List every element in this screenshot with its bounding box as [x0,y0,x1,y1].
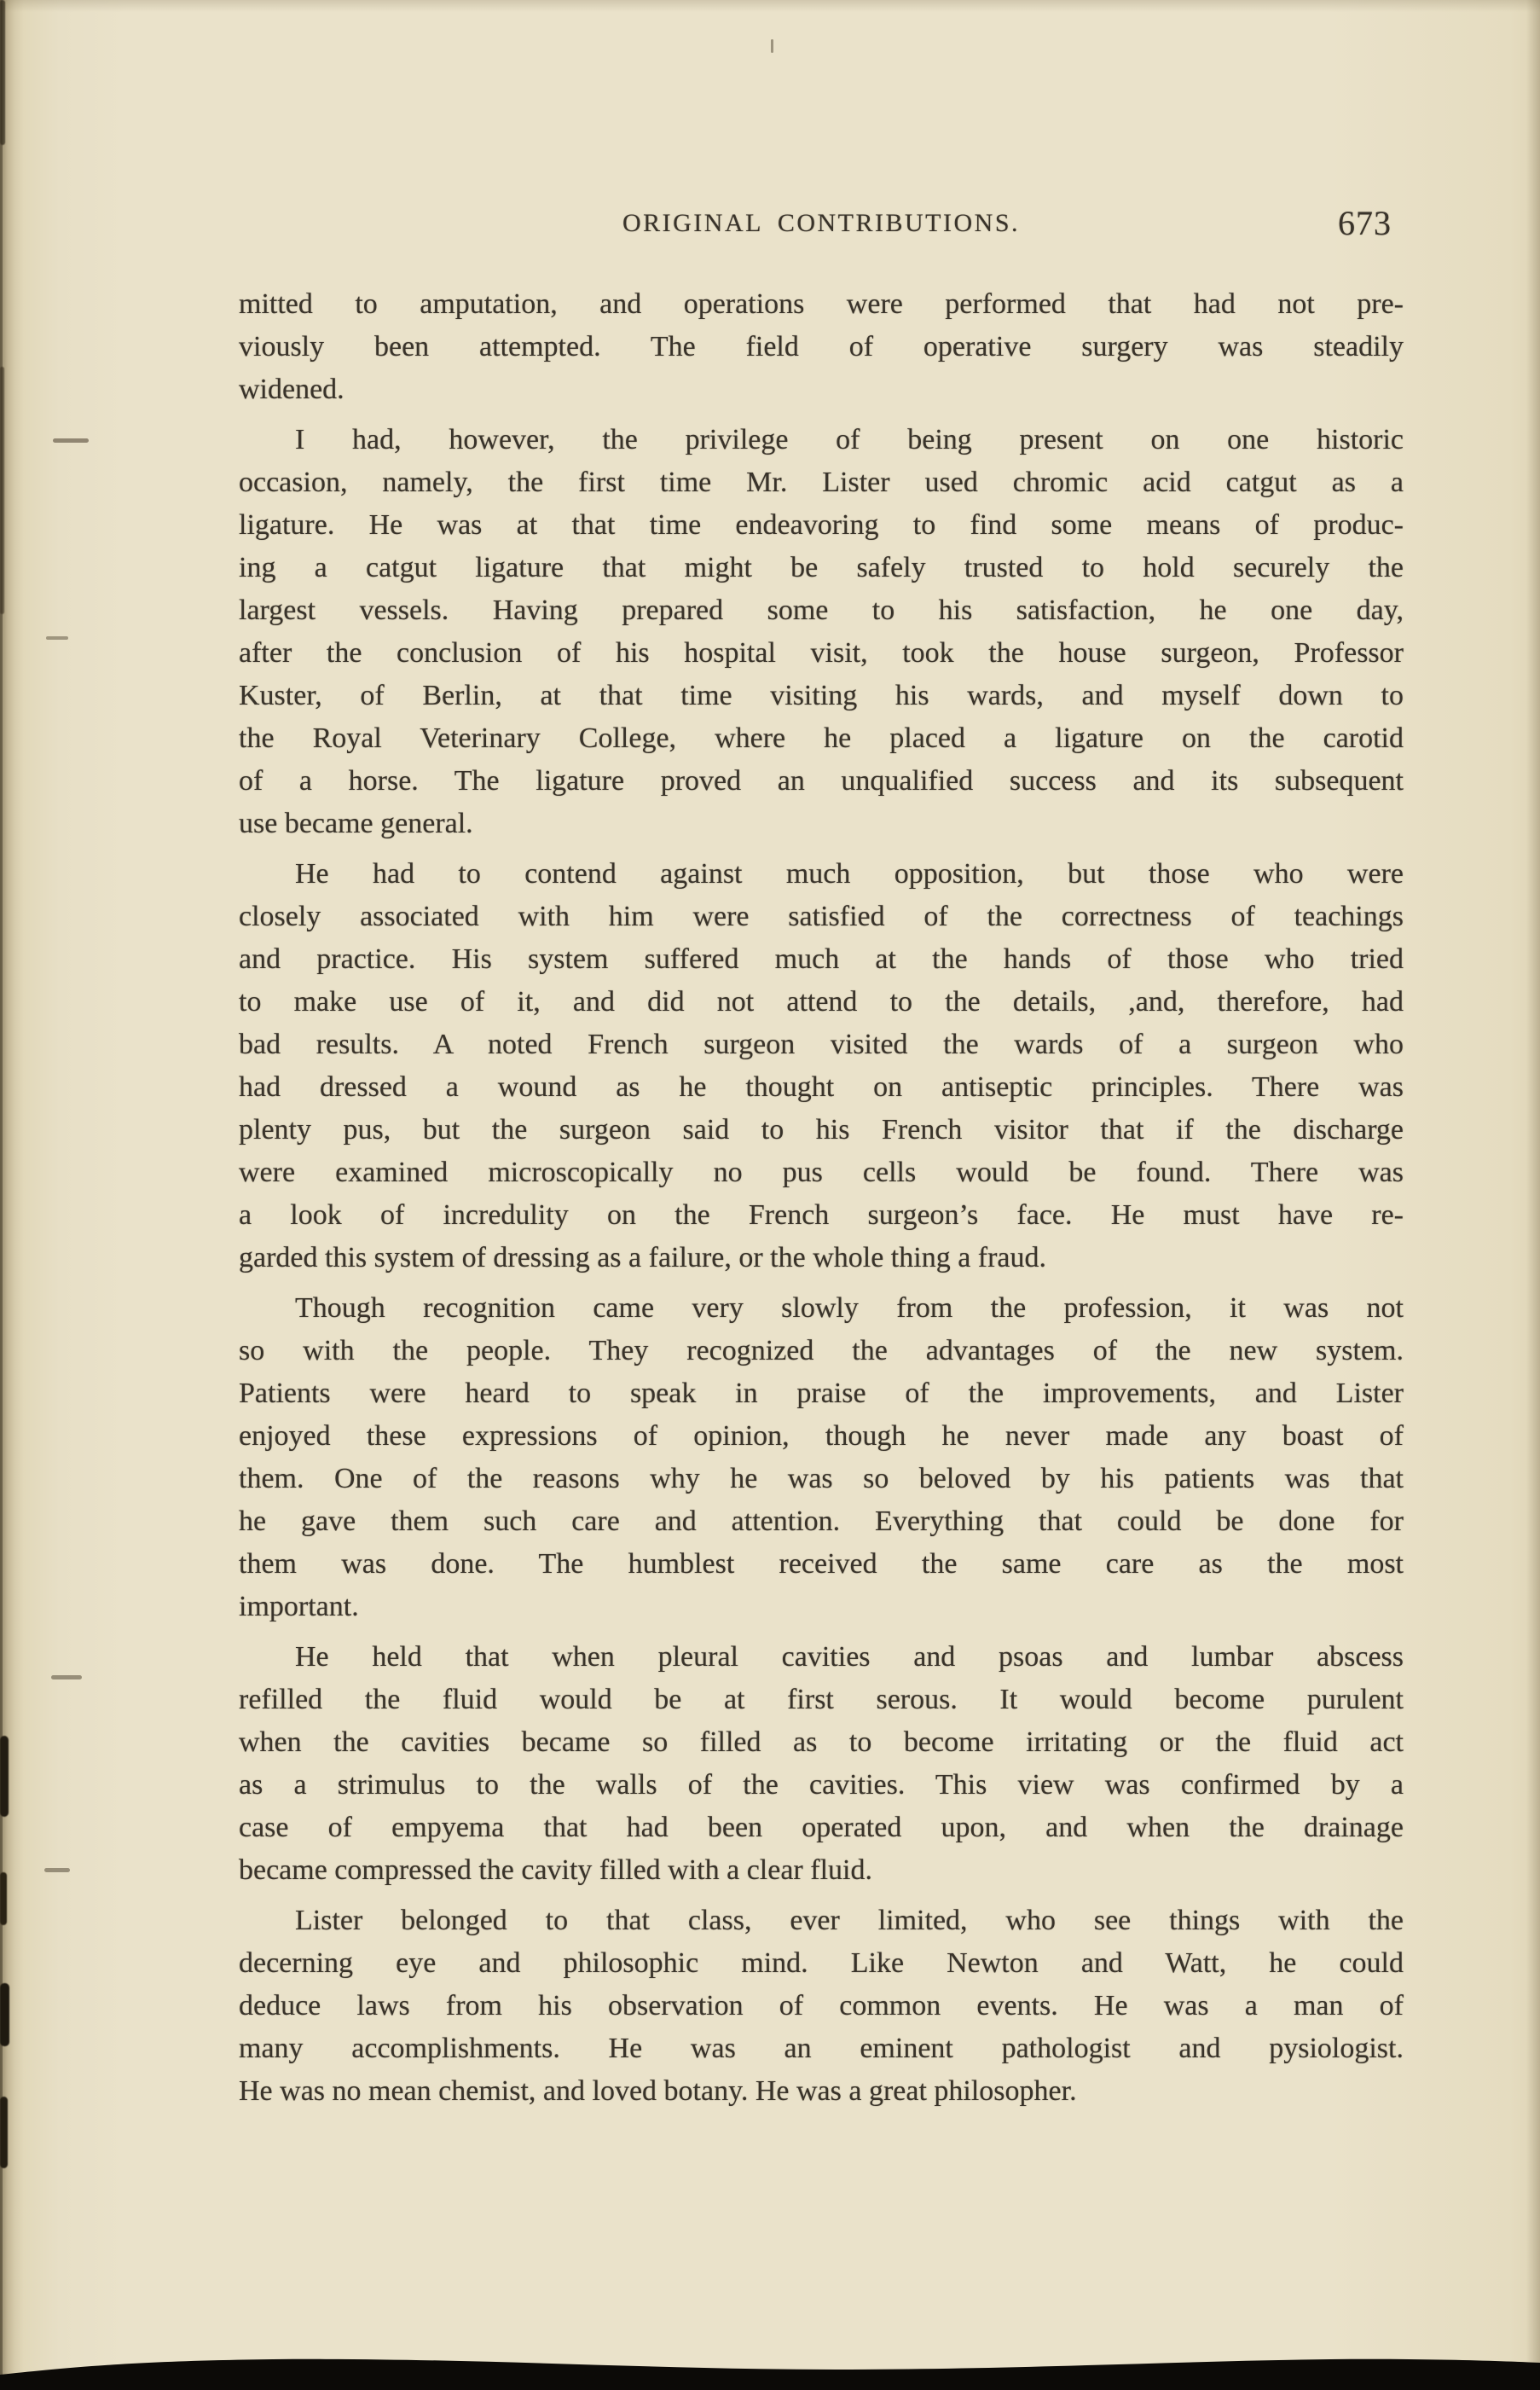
text-line: He held that when pleural cavities and p… [239,1636,1404,1679]
text-line: ing a catgut ligature that might be safe… [239,547,1404,589]
text-line: case of empyema that had been operated u… [239,1807,1404,1849]
paragraph: mitted to amputation, and operations wer… [239,283,1404,411]
text-line: he gave them such care and attention. Ev… [239,1500,1404,1543]
text-line: plenty pus, but the surgeon said to his … [239,1109,1404,1151]
scan-bottom-edge [0,2335,1540,2390]
text-line: a look of incredulity on the French surg… [239,1194,1404,1237]
scan-left-edge-line [0,0,3,2390]
text-line: so with the people. They recognized the … [239,1330,1404,1372]
text-line: He was no mean chemist, and loved botany… [239,2070,1404,2113]
page-number: 673 [1338,203,1392,244]
paper-scratch [53,438,89,443]
text-line: important. [239,1586,1404,1628]
text-line: bad results. A noted French surgeon visi… [239,1024,1404,1066]
text-line: ligature. He was at that time endeavorin… [239,504,1404,547]
scan-edge-blemish [0,1983,9,2046]
scan-edge-blemish [0,1872,7,1925]
text-line: closely associated with him were satisfi… [239,896,1404,938]
text-line: had dressed a wound as he thought on ant… [239,1066,1404,1109]
text-line: I had, however, the privilege of being p… [239,419,1404,461]
text-line: decerning eye and philosophic mind. Like… [239,1942,1404,1985]
scan-edge-blemish [0,1736,9,1817]
paragraph: Though recognition came very slowly from… [239,1287,1404,1628]
paragraph: He held that when pleural cavities and p… [239,1636,1404,1892]
text-line: Patients were heard to speak in praise o… [239,1372,1404,1415]
page-header: ORIGINAL CONTRIBUTIONS. 673 [239,203,1404,244]
paper-scratch [44,1868,70,1872]
book-page-scan: ORIGINAL CONTRIBUTIONS. 673 mitted to am… [0,0,1540,2390]
scan-left-edge-mark-top [0,0,5,145]
scan-edge-blemish [0,2097,8,2168]
text-line: largest vessels. Having prepared some to… [239,589,1404,632]
paper-scratch [51,1675,82,1679]
text-line: enjoyed these expressions of opinion, th… [239,1415,1404,1458]
paper-scratch [46,636,68,640]
text-line: many accomplishments. He was an eminent … [239,2027,1404,2070]
text-line: to make use of it, and did not attend to… [239,981,1404,1024]
text-line: viously been attempted. The field of ope… [239,326,1404,368]
text-line: of a horse. The ligature proved an unqua… [239,760,1404,803]
text-line: became compressed the cavity filled with… [239,1849,1404,1892]
text-line: occasion, namely, the first time Mr. Lis… [239,461,1404,504]
text-line: when the cavities became so filled as to… [239,1721,1404,1764]
paragraph: Lister belonged to that class, ever limi… [239,1900,1404,2113]
text-line: were examined microscopically no pus cel… [239,1151,1404,1194]
paragraph: I had, however, the privilege of being p… [239,419,1404,845]
paragraph: He had to contend against much oppositio… [239,853,1404,1279]
paper-speck [771,39,773,53]
text-line: widened. [239,368,1404,411]
text-line: deduce laws from his observation of comm… [239,1985,1404,2027]
text-line: and practice. His system suffered much a… [239,938,1404,981]
text-line: mitted to amputation, and operations wer… [239,283,1404,326]
text-line: Kuster, of Berlin, at that time visiting… [239,675,1404,717]
page-right-edge-shade [1526,0,1540,2390]
text-line: garded this system of dressing as a fail… [239,1237,1404,1279]
text-line: refilled the fluid would be at first ser… [239,1679,1404,1721]
text-line: Though recognition came very slowly from… [239,1287,1404,1330]
running-title: ORIGINAL CONTRIBUTIONS. [239,203,1404,244]
text-line: He had to contend against much oppositio… [239,853,1404,896]
text-line: Lister belonged to that class, ever limi… [239,1900,1404,1942]
body-text: mitted to amputation, and operations wer… [239,283,1404,2120]
scan-left-edge-mark-mid [0,367,4,614]
text-line: them. One of the reasons why he was so b… [239,1458,1404,1500]
text-line: use became general. [239,803,1404,845]
gutter-shadow [0,0,24,2390]
text-line: the Royal Veterinary College, where he p… [239,717,1404,760]
text-line: after the conclusion of his hospital vis… [239,632,1404,675]
text-line: as a strimulus to the walls of the cavit… [239,1764,1404,1807]
text-line: them was done. The humblest received the… [239,1543,1404,1586]
